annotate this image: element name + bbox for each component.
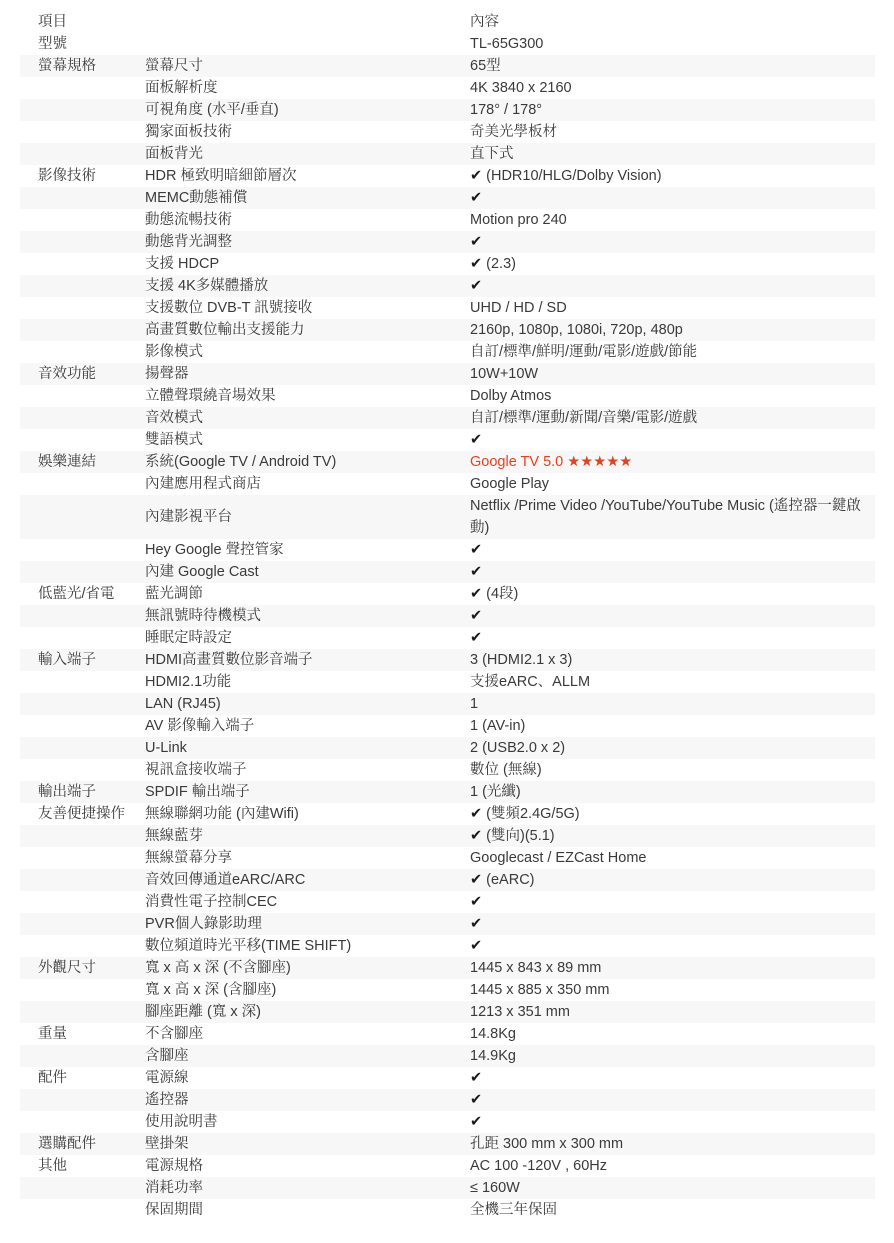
row-category: 配件 — [20, 1067, 145, 1089]
row-item: 無訊號時待機模式 — [145, 605, 470, 627]
row-value: ✔ — [470, 561, 875, 583]
row-item: AV 影像輸入端子 — [145, 715, 470, 737]
row-value: ✔ — [470, 231, 875, 253]
spec-row: 動態流暢技術 Motion pro 240 — [20, 209, 875, 231]
row-item: 使用說明書 — [145, 1111, 470, 1133]
spec-row: 支援數位 DVB-T 訊號接收 UHD / HD / SD — [20, 297, 875, 319]
row-value: ✔ — [470, 891, 875, 913]
row-value: ✔ — [470, 1089, 875, 1111]
row-item: 可視角度 (水平/垂直) — [145, 99, 470, 121]
row-item: 立體聲環繞音場效果 — [145, 385, 470, 407]
check-icon: ✔ — [470, 586, 482, 602]
spec-row: 友善便捷操作 無線聯網功能 (內建Wifi) ✔(雙頻2.4G/5G) — [20, 803, 875, 825]
row-item: HDR 極致明暗細節層次 — [145, 165, 470, 187]
check-icon: ✔ — [470, 894, 482, 910]
spec-row: 數位頻道時光平移(TIME SHIFT) ✔ — [20, 935, 875, 957]
row-value: 4K 3840 x 2160 — [470, 77, 875, 99]
row-item: 寬 x 高 x 深 (不含腳座) — [145, 957, 470, 979]
spec-row: 面板解析度 4K 3840 x 2160 — [20, 77, 875, 99]
row-category: 重量 — [20, 1023, 145, 1045]
row-value: TL-65G300 — [470, 33, 875, 55]
row-item: 內建影視平台 — [145, 506, 470, 528]
row-category: 其他 — [20, 1155, 145, 1177]
row-value: 自訂/標準/鮮明/運動/電影/遊戲/節能 — [470, 341, 875, 363]
row-value: 1445 x 843 x 89 mm — [470, 957, 875, 979]
spec-row: 影像模式 自訂/標準/鮮明/運動/電影/遊戲/節能 — [20, 341, 875, 363]
row-item: 揚聲器 — [145, 363, 470, 385]
row-value: 數位 (無線) — [470, 759, 875, 781]
spec-row: AV 影像輸入端子 1 (AV-in) — [20, 715, 875, 737]
check-icon: ✔ — [470, 872, 482, 888]
spec-row: 腳座距離 (寬 x 深) 1213 x 351 mm — [20, 1001, 875, 1023]
check-icon: ✔ — [470, 234, 482, 250]
row-item: 動態背光調整 — [145, 231, 470, 253]
google-tv-rating-link[interactable]: Google TV 5.0 ★★★★★ — [470, 451, 875, 473]
row-item: 支援 HDCP — [145, 253, 470, 275]
row-value: 1213 x 351 mm — [470, 1001, 875, 1023]
row-value: Dolby Atmos — [470, 385, 875, 407]
row-value: 178° / 178° — [470, 99, 875, 121]
row-value: 3 (HDMI2.1 x 3) — [470, 649, 875, 671]
spec-row: 螢幕規格 螢幕尺寸 65型 — [20, 55, 875, 77]
row-value: ✔ — [470, 913, 875, 935]
spec-row: 含腳座 14.9Kg — [20, 1045, 875, 1067]
spec-row: 內建 Google Cast ✔ — [20, 561, 875, 583]
row-value: ✔ — [470, 275, 875, 297]
check-icon: ✔ — [470, 1070, 482, 1086]
spec-row: 使用說明書 ✔ — [20, 1111, 875, 1133]
row-item: MEMC動態補償 — [145, 187, 470, 209]
row-value: ✔(2.3) — [470, 253, 875, 275]
row-value: ✔ — [470, 539, 875, 561]
row-category: 友善便捷操作 — [20, 803, 145, 825]
row-item: U-Link — [145, 737, 470, 759]
row-item: 電源規格 — [145, 1155, 470, 1177]
row-item: 系統(Google TV / Android TV) — [145, 451, 470, 473]
row-item: 藍光調節 — [145, 583, 470, 605]
row-item: 不含腳座 — [145, 1023, 470, 1045]
check-icon: ✔ — [470, 630, 482, 646]
row-value: 內容 — [470, 11, 875, 33]
row-item: 消費性電子控制CEC — [145, 891, 470, 913]
row-item: 支援數位 DVB-T 訊號接收 — [145, 297, 470, 319]
spec-row: 保固期間 全機三年保固 — [20, 1199, 875, 1221]
spec-row: 動態背光調整 ✔ — [20, 231, 875, 253]
spec-row: 其他 電源規格 AC 100 -120V , 60Hz — [20, 1155, 875, 1177]
spec-row: 重量 不含腳座 14.8Kg — [20, 1023, 875, 1045]
row-value: 孔距 300 mm x 300 mm — [470, 1133, 875, 1155]
row-item: 電源線 — [145, 1067, 470, 1089]
row-item: 高畫質數位輸出支援能力 — [145, 319, 470, 341]
row-value: ✔ — [470, 627, 875, 649]
row-item: 寬 x 高 x 深 (含腳座) — [145, 979, 470, 1001]
row-value: ✔(雙頻2.4G/5G) — [470, 803, 875, 825]
row-category: 娛樂連結 — [20, 451, 145, 473]
spec-row: 無線藍芽 ✔(雙向)(5.1) — [20, 825, 875, 847]
row-category: 輸出端子 — [20, 781, 145, 803]
spec-row: 娛樂連結 系統(Google TV / Android TV) Google T… — [20, 451, 875, 473]
check-icon: ✔ — [470, 278, 482, 294]
row-value: ✔ — [470, 605, 875, 627]
row-category: 項目 — [20, 11, 145, 33]
row-item: 視訊盒接收端子 — [145, 759, 470, 781]
check-icon: ✔ — [470, 608, 482, 624]
spec-row: 配件 電源線 ✔ — [20, 1067, 875, 1089]
row-category: 影像技術 — [20, 165, 145, 187]
row-value: 2 (USB2.0 x 2) — [470, 737, 875, 759]
row-value: 14.9Kg — [470, 1045, 875, 1067]
spec-row: 內建應用程式商店 Google Play — [20, 473, 875, 495]
check-icon: ✔ — [470, 916, 482, 932]
row-item: SPDIF 輸出端子 — [145, 781, 470, 803]
row-item: 雙語模式 — [145, 429, 470, 451]
check-icon: ✔ — [470, 432, 482, 448]
row-value: 1 (光纖) — [470, 781, 875, 803]
row-item: 螢幕尺寸 — [145, 55, 470, 77]
spec-row: 高畫質數位輸出支援能力 2160p, 1080p, 1080i, 720p, 4… — [20, 319, 875, 341]
spec-row: 項目 內容 — [20, 11, 875, 33]
check-note: (HDR10/HLG/Dolby Vision) — [486, 168, 661, 184]
check-icon: ✔ — [470, 938, 482, 954]
spec-row: 睡眠定時設定 ✔ — [20, 627, 875, 649]
spec-row: U-Link 2 (USB2.0 x 2) — [20, 737, 875, 759]
spec-row: 外觀尺寸 寬 x 高 x 深 (不含腳座) 1445 x 843 x 89 mm — [20, 957, 875, 979]
row-value: ≤ 160W — [470, 1177, 875, 1199]
row-item: 睡眠定時設定 — [145, 627, 470, 649]
spec-row: PVR個人錄影助理 ✔ — [20, 913, 875, 935]
spec-row: 無訊號時待機模式 ✔ — [20, 605, 875, 627]
spec-row: 選購配件 壁掛架 孔距 300 mm x 300 mm — [20, 1133, 875, 1155]
spec-row: 音效功能 揚聲器 10W+10W — [20, 363, 875, 385]
row-value: ✔ — [470, 935, 875, 957]
spec-row: 音效回傳通道eARC/ARC ✔(eARC) — [20, 869, 875, 891]
row-item: 消耗功率 — [145, 1177, 470, 1199]
row-value: ✔(雙向)(5.1) — [470, 825, 875, 847]
spec-row: 視訊盒接收端子 數位 (無線) — [20, 759, 875, 781]
spec-row: 獨家面板技術 奇美光學板材 — [20, 121, 875, 143]
row-category: 外觀尺寸 — [20, 957, 145, 979]
spec-row: 型號 TL-65G300 — [20, 33, 875, 55]
row-item: 壁掛架 — [145, 1133, 470, 1155]
row-value: 1445 x 885 x 350 mm — [470, 979, 875, 1001]
row-item: 內建 Google Cast — [145, 561, 470, 583]
row-value: ✔ — [470, 1067, 875, 1089]
spec-row: 支援 4K多媒體播放 ✔ — [20, 275, 875, 297]
row-value: 奇美光學板材 — [470, 121, 875, 143]
check-icon: ✔ — [470, 564, 482, 580]
row-value: ✔ — [470, 187, 875, 209]
spec-row: 消費性電子控制CEC ✔ — [20, 891, 875, 913]
row-category: 音效功能 — [20, 363, 145, 385]
row-category: 型號 — [20, 33, 145, 55]
row-category: 螢幕規格 — [20, 55, 145, 77]
row-item: 無線聯網功能 (內建Wifi) — [145, 803, 470, 825]
row-value: ✔ — [470, 1111, 875, 1133]
row-item: 影像模式 — [145, 341, 470, 363]
spec-row: 內建影視平台 Netflix /Prime Video /YouTube/You… — [20, 495, 875, 539]
check-icon: ✔ — [470, 168, 482, 184]
row-value: Google Play — [470, 473, 875, 495]
row-item: LAN (RJ45) — [145, 693, 470, 715]
check-note: (4段) — [486, 586, 518, 602]
row-value: 全機三年保固 — [470, 1199, 875, 1221]
row-value: 自訂/標準/運動/新聞/音樂/電影/遊戲 — [470, 407, 875, 429]
spec-row: Hey Google 聲控管家 ✔ — [20, 539, 875, 561]
row-value: 14.8Kg — [470, 1023, 875, 1045]
spec-row: 消耗功率 ≤ 160W — [20, 1177, 875, 1199]
row-value: 支援eARC、ALLM — [470, 671, 875, 693]
row-value: Googlecast / EZCast Home — [470, 847, 875, 869]
row-item: 音效回傳通道eARC/ARC — [145, 869, 470, 891]
spec-row: 低藍光/省電 藍光調節 ✔(4段) — [20, 583, 875, 605]
row-category: 選購配件 — [20, 1133, 145, 1155]
spec-row: 面板背光 直下式 — [20, 143, 875, 165]
row-value: 2160p, 1080p, 1080i, 720p, 480p — [470, 319, 875, 341]
row-item: 動態流暢技術 — [145, 209, 470, 231]
row-value: 1 (AV-in) — [470, 715, 875, 737]
spec-row: 立體聲環繞音場效果 Dolby Atmos — [20, 385, 875, 407]
row-value: ✔(HDR10/HLG/Dolby Vision) — [470, 165, 875, 187]
row-item: 內建應用程式商店 — [145, 473, 470, 495]
row-value: 65型 — [470, 55, 875, 77]
spec-row: LAN (RJ45) 1 — [20, 693, 875, 715]
spec-row: 支援 HDCP ✔(2.3) — [20, 253, 875, 275]
check-icon: ✔ — [470, 828, 482, 844]
spec-row: 無線螢幕分享 Googlecast / EZCast Home — [20, 847, 875, 869]
row-item: HDMI2.1功能 — [145, 671, 470, 693]
row-item: 無線藍芽 — [145, 825, 470, 847]
row-item: 含腳座 — [145, 1045, 470, 1067]
row-item: 面板解析度 — [145, 77, 470, 99]
row-item: 支援 4K多媒體播放 — [145, 275, 470, 297]
row-value: AC 100 -120V , 60Hz — [470, 1155, 875, 1177]
row-value: 直下式 — [470, 143, 875, 165]
row-value: Netflix /Prime Video /YouTube/YouTube Mu… — [470, 495, 875, 539]
check-icon: ✔ — [470, 256, 482, 272]
row-value: ✔(eARC) — [470, 869, 875, 891]
spec-row: MEMC動態補償 ✔ — [20, 187, 875, 209]
check-note: (eARC) — [486, 872, 534, 888]
check-icon: ✔ — [470, 806, 482, 822]
spec-row: 輸入端子 HDMI高畫質數位影音端子 3 (HDMI2.1 x 3) — [20, 649, 875, 671]
row-value: ✔(4段) — [470, 583, 875, 605]
check-icon: ✔ — [470, 1114, 482, 1130]
spec-row: 音效模式 自訂/標準/運動/新聞/音樂/電影/遊戲 — [20, 407, 875, 429]
row-item: 面板背光 — [145, 143, 470, 165]
row-item: 保固期間 — [145, 1199, 470, 1221]
row-category: 低藍光/省電 — [20, 583, 145, 605]
row-category: 輸入端子 — [20, 649, 145, 671]
check-note: (雙向)(5.1) — [486, 828, 554, 844]
spec-row: 影像技術 HDR 極致明暗細節層次 ✔(HDR10/HLG/Dolby Visi… — [20, 165, 875, 187]
check-icon: ✔ — [470, 190, 482, 206]
spec-row: 遙控器 ✔ — [20, 1089, 875, 1111]
row-item: PVR個人錄影助理 — [145, 913, 470, 935]
spec-row: 輸出端子 SPDIF 輸出端子 1 (光纖) — [20, 781, 875, 803]
row-value: ✔ — [470, 429, 875, 451]
check-note: (2.3) — [486, 256, 516, 272]
row-item: 無線螢幕分享 — [145, 847, 470, 869]
row-item: 音效模式 — [145, 407, 470, 429]
row-value: 1 — [470, 693, 875, 715]
tv-spec-table: 項目 內容 型號 TL-65G300 螢幕規格 螢幕尺寸 65型 面板解析度 4… — [20, 11, 875, 1221]
check-icon: ✔ — [470, 542, 482, 558]
spec-row: 雙語模式 ✔ — [20, 429, 875, 451]
row-item: 腳座距離 (寬 x 深) — [145, 1001, 470, 1023]
row-item: 遙控器 — [145, 1089, 470, 1111]
row-value: 10W+10W — [470, 363, 875, 385]
spec-row: 可視角度 (水平/垂直) 178° / 178° — [20, 99, 875, 121]
row-item: HDMI高畫質數位影音端子 — [145, 649, 470, 671]
check-icon: ✔ — [470, 1092, 482, 1108]
row-value: UHD / HD / SD — [470, 297, 875, 319]
row-item: 數位頻道時光平移(TIME SHIFT) — [145, 935, 470, 957]
spec-row: HDMI2.1功能 支援eARC、ALLM — [20, 671, 875, 693]
row-item: 獨家面板技術 — [145, 121, 470, 143]
row-value: Motion pro 240 — [470, 209, 875, 231]
check-note: (雙頻2.4G/5G) — [486, 806, 579, 822]
spec-row: 寬 x 高 x 深 (含腳座) 1445 x 885 x 350 mm — [20, 979, 875, 1001]
row-item: Hey Google 聲控管家 — [145, 539, 470, 561]
